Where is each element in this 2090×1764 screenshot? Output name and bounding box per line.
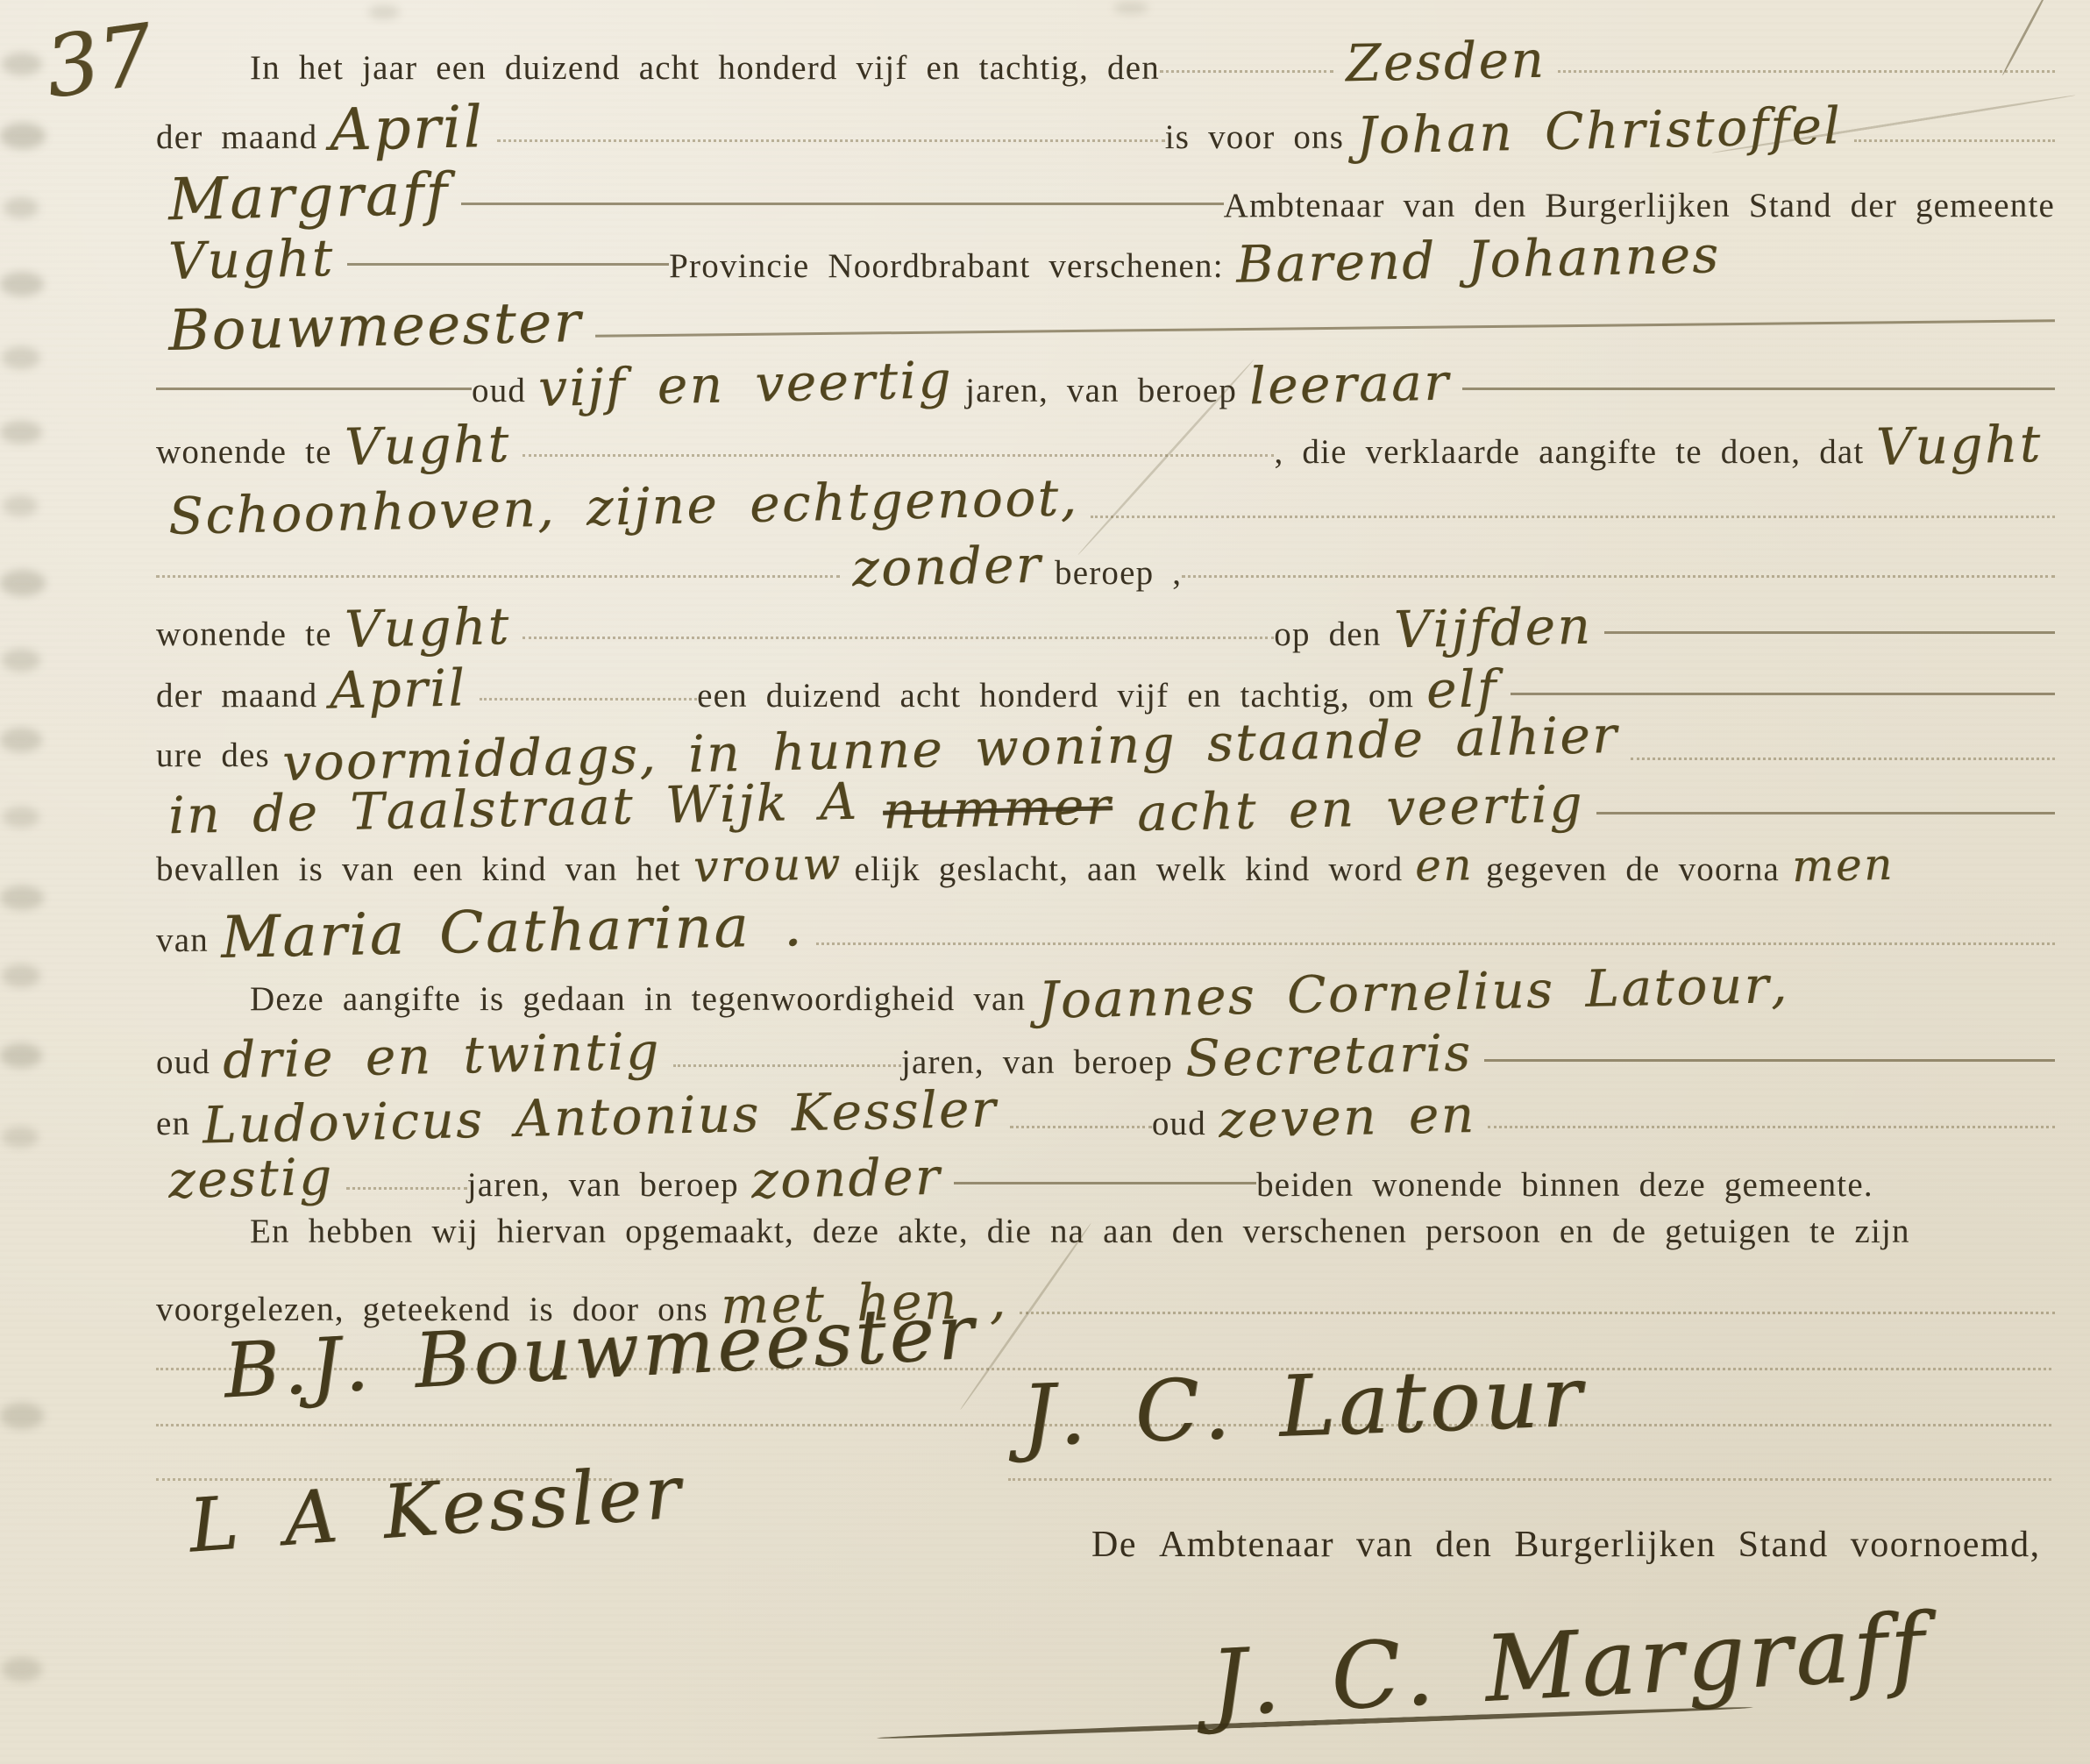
- signature-latour: J. C. Latour: [1020, 1348, 1587, 1465]
- handwritten-suffix: men: [1791, 839, 1895, 892]
- handwritten-sex-prefix: vrouw: [693, 838, 842, 893]
- bleed-through-mark: [2, 1657, 42, 1682]
- handwritten-age: vijf en veertig: [537, 350, 953, 418]
- printed-text: Deze aangifte is gedaan in tegenwoordigh…: [250, 979, 1026, 1019]
- pen-dash: [1462, 388, 2055, 390]
- bleed-through-mark: [3, 495, 38, 516]
- printed-text: elijk geslacht, aan welk kind word: [855, 850, 1404, 889]
- bleed-through-mark: [0, 1043, 42, 1068]
- leader-line: [497, 139, 1165, 142]
- handwritten-witness1-profession: Secretaris: [1184, 1023, 1473, 1089]
- officer-title-line: De Ambtenaar van den Burgerlijken Stand …: [1091, 1524, 2041, 1566]
- leader-line: [522, 637, 1274, 639]
- leader-line: [1010, 1126, 1152, 1128]
- signature-kessler: L A Kessler: [186, 1448, 686, 1568]
- handwritten-struck-word: nummer: [883, 776, 1113, 840]
- leader-line: [480, 698, 697, 701]
- bleed-through-mark: [0, 421, 42, 444]
- handwritten-suffix: en: [1415, 839, 1475, 891]
- printed-text: gegeven de voorna: [1486, 850, 1780, 889]
- printed-text: oud: [156, 1042, 210, 1082]
- printed-text: en: [156, 1104, 190, 1143]
- printed-text: jaren, van beroep: [965, 371, 1237, 410]
- form-line-address: in de Taalstraat Wijk A nummer acht en v…: [156, 779, 2055, 838]
- printed-text: wonende te: [156, 432, 332, 472]
- form-line-mother-surname: Schoonhoven, zijne echtgenoot,: [156, 477, 2055, 537]
- form-line-official-surname: Margraff Ambtenaar van den Burgerlijken …: [156, 163, 2055, 231]
- bleed-through-mark: [2, 649, 40, 672]
- form-line-witness1-age: oud drie en twintig jaren, van beroep Se…: [156, 1026, 2055, 1085]
- leader-line: [346, 1187, 467, 1190]
- handwritten-witness2-profession: zonder: [750, 1147, 942, 1211]
- printed-text: is voor ons: [1165, 117, 1344, 157]
- form-line-birth-date: wonende te Vught op den Vijfden: [156, 598, 2055, 658]
- leader-line: [1091, 516, 2055, 518]
- bleed-through-mark: [2, 53, 42, 75]
- bleed-through-mark: [0, 728, 42, 752]
- bleed-through-mark: [0, 123, 46, 149]
- form-line-birth-month-hour: der maand April een duizend acht honderd…: [156, 659, 2055, 719]
- leader-line: [156, 575, 840, 578]
- birth-certificate-scan: 37 In het jaar een duizend acht honderd …: [0, 0, 2090, 1764]
- printed-text: jaren, van beroep: [467, 1165, 739, 1205]
- leader-line: [1488, 1126, 2055, 1128]
- form-line-witness2-age-profession: zestig jaren, van beroep zonder beiden w…: [156, 1149, 2055, 1208]
- form-line-declarant-surname: Bouwmeester: [156, 295, 2055, 359]
- form-line-witness2: en Ludovicus Antonius Kessler oud zeven …: [156, 1087, 2055, 1147]
- handwritten-witness2-age-part1: zeven en: [1218, 1085, 1476, 1149]
- leader-line: [816, 942, 2055, 945]
- leader-line: [522, 454, 1274, 457]
- handwritten-day: Zesden: [1346, 30, 1547, 94]
- bleed-through-mark: [1113, 2, 1148, 14]
- printed-text: beiden wonende binnen deze gemeente.: [1256, 1165, 1873, 1205]
- printed-text: een duizend acht honderd vijf en tachtig…: [697, 676, 1414, 715]
- handwritten-birth-month: April: [330, 658, 468, 720]
- printed-text: In het jaar een duizend acht honderd vij…: [250, 48, 1160, 88]
- bleed-through-mark: [2, 346, 40, 369]
- handwritten-declarant-surname: Bouwmeester: [167, 290, 583, 364]
- leader-line: [1631, 758, 2055, 760]
- bleed-through-mark: [0, 1403, 44, 1429]
- bleed-through-mark: [0, 272, 44, 296]
- bleed-through-mark: [2, 1127, 39, 1148]
- bleed-through-mark: [368, 5, 400, 19]
- signature-rule: [1008, 1478, 2051, 1481]
- bleed-through-mark: [3, 807, 39, 828]
- handwritten-witness2-age-part2: zestig: [167, 1147, 334, 1210]
- handwritten-official-surname: Margraff: [167, 160, 450, 234]
- pen-dash: [1484, 1059, 2055, 1062]
- form-line-municipality: Vught Provincie Noordbrabant verschenen:…: [156, 230, 2055, 289]
- handwritten-witness1-age: drie en twintig: [222, 1021, 661, 1090]
- handwritten-house-number: acht en veertig: [1137, 774, 1585, 843]
- printed-text: beroep ,: [1055, 553, 1182, 593]
- bleed-through-mark: [0, 570, 46, 596]
- leader-line: [1020, 1312, 2055, 1314]
- printed-text: der maand: [156, 676, 317, 715]
- form-line-mother-profession: zonder beroep ,: [156, 537, 2055, 596]
- form-line-closing1: En hebben wij hiervan opgemaakt, deze ak…: [250, 1212, 2076, 1251]
- pen-dash: [347, 263, 670, 266]
- handwritten-street-address: in de Taalstraat Wijk A: [167, 772, 859, 845]
- form-line-witness1: Deze aangifte is gedaan in tegenwoordigh…: [250, 963, 2055, 1022]
- pen-dash: [156, 388, 472, 390]
- bleed-through-mark: [2, 964, 40, 987]
- printed-text: wonende te: [156, 615, 332, 654]
- leader-line: [1854, 139, 2055, 142]
- form-line-year: In het jaar een duizend acht honderd vij…: [250, 32, 2055, 91]
- handwritten-declarant-firstnames: Barend Johannes: [1235, 224, 1721, 295]
- handwritten-witness2-name: Ludovicus Antonius Kessler: [203, 1079, 999, 1156]
- handwritten-mother-firstname: Vught: [1876, 414, 2044, 477]
- leader-line: [1182, 575, 2055, 578]
- leader-line: [1160, 70, 1333, 73]
- form-line-month-official: der maand April is voor ons Johan Christ…: [156, 95, 2055, 162]
- handwritten-official-firstnames: Johan Christoffel: [1355, 96, 1843, 166]
- printed-text: oud: [472, 371, 526, 410]
- handwritten-residence: Vught: [344, 414, 511, 477]
- printed-text: Ambtenaar van den Burgerlijken Stand der…: [1224, 186, 2055, 225]
- form-line-declarant-age: oud vijf en veertig jaren, van beroep le…: [156, 354, 2055, 414]
- printed-text: ure des: [156, 736, 270, 775]
- printed-text: jaren, van beroep: [901, 1042, 1173, 1082]
- handwritten-profession: leeraar: [1248, 352, 1451, 416]
- bleed-through-mark: [0, 886, 44, 910]
- leader-line: [673, 1064, 901, 1067]
- handwritten-month: April: [330, 93, 486, 164]
- leader-line: [1558, 70, 2055, 73]
- pen-flourish: [595, 319, 2055, 337]
- handwritten-municipality: Vught: [167, 228, 335, 291]
- pen-dash: [1604, 631, 2055, 634]
- pen-dash: [954, 1182, 1256, 1184]
- handwritten-birth-day: Vijfden: [1393, 596, 1593, 660]
- printed-text: van: [156, 921, 209, 960]
- pen-dash: [1596, 812, 2055, 814]
- printed-text: op den: [1274, 615, 1381, 654]
- handwritten-witness1-name: Joannes Cornelius Latour,: [1038, 955, 1790, 1030]
- form-line-child-sex: bevallen is van een kind van het vrouw e…: [156, 840, 2076, 891]
- handwritten-residence: Vught: [344, 596, 511, 659]
- printed-text: Provincie Noordbrabant verschenen:: [669, 246, 1224, 286]
- printed-text: oud: [1152, 1104, 1206, 1143]
- printed-text: , die verklaarde aangifte te doen, dat: [1274, 432, 1864, 472]
- printed-text: der maand: [156, 117, 317, 157]
- bleed-through-mark: [4, 197, 39, 218]
- form-line-residence-declaration: wonende te Vught , die verklaarde aangif…: [156, 416, 2055, 475]
- act-number: 37: [39, 5, 160, 117]
- printed-text: En hebben wij hiervan opgemaakt, deze ak…: [250, 1212, 1910, 1251]
- handwritten-mother-surname: Schoonhoven, zijne echtgenoot,: [167, 467, 1079, 546]
- printed-text: bevallen is van een kind van het: [156, 850, 681, 889]
- handwritten-child-names: Maria Catharina .: [220, 892, 805, 971]
- pen-dash: [1511, 693, 2055, 695]
- handwritten-no-profession: zonder: [851, 535, 1042, 599]
- form-line-birth-time-place: ure des voormiddags, in hunne woning sta…: [156, 719, 2055, 779]
- pen-dash: [461, 203, 1223, 205]
